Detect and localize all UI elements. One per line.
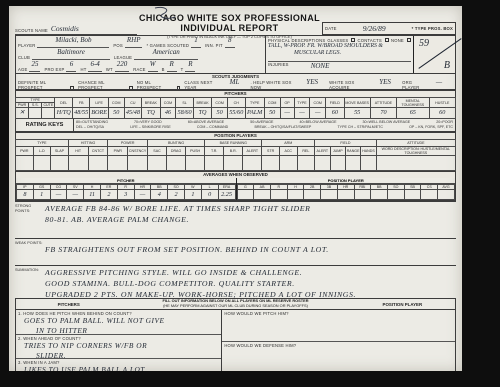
empty-cell	[205, 156, 224, 171]
subcol-header: RANGE	[345, 147, 360, 156]
contacts-checkbox	[385, 38, 389, 42]
type-pros-box-label: * TYPE PROS. BOX	[412, 26, 453, 31]
subcol-header: B.R.	[224, 147, 243, 156]
date-label: DATE	[325, 26, 337, 31]
inn-pit-value: 8	[228, 36, 232, 44]
how-pitch-him-question: HOW WOULD WE PITCH HIM?	[222, 310, 455, 341]
subcol-header: CNTCT	[88, 147, 108, 156]
group-header: TYPE	[16, 140, 69, 147]
group-header: FIELD	[315, 140, 377, 147]
col-header: FIELD	[326, 98, 344, 108]
class-next-year-label: CLASS NEXT YEAR	[184, 80, 221, 90]
empty-cell	[224, 156, 243, 171]
strong-points-text: AVERAGE FB 84-86 W/ BORE LIFE. AT TIMES …	[45, 203, 454, 214]
weak-points-text: FB STRAIGHTENS OUT FROM SET POSITION. BE…	[45, 244, 454, 255]
ahead-of-count-question: 2. WHEN AHEAD OF COUNT? TRIES TO NIP COR…	[16, 334, 221, 358]
how-defense-him-question: HOW WOULD WE DEFENSE HIM?	[222, 341, 455, 371]
white-sox-acquire-label: WHITE SOX ACQUIRE	[329, 80, 371, 90]
race-value: W	[150, 60, 156, 68]
strong-points-text: 80-81. AB. AVERAGE PALM CHANGE.	[45, 214, 454, 225]
abbrev-key: TYPE CH – STR/PALM/ETC	[337, 125, 382, 130]
grade-cell: 60	[326, 108, 344, 119]
type-pros-box: 59 B	[413, 36, 455, 73]
scouts-judgments-section: SCOUTS JUDGMENTS DEFINITE ML PROSPECT CH…	[15, 73, 456, 90]
col-header: OP	[280, 98, 294, 108]
grade-cell: H/TQ	[55, 108, 73, 119]
grade-cell: 50	[264, 108, 280, 119]
grade-cell: ✕	[16, 108, 29, 119]
grade-cell: —	[294, 108, 310, 119]
pitcher-questions-column: 1. HOW DOES HE PITCH WHEN BEHIND ON COUN…	[16, 310, 222, 371]
col-header: ATTITUDE	[370, 98, 396, 108]
empty-cell	[304, 190, 321, 200]
injuries-value: NONE	[311, 62, 330, 70]
summation-section: SUMMATION: AGGRESSIVE PITCHING STYLE. WI…	[15, 265, 456, 298]
empty-cell	[337, 190, 354, 200]
age-value: 25	[31, 60, 38, 68]
no-ml-prospect-label: NO ML PROSPECT	[137, 80, 173, 90]
col-header: MOVE BASES	[344, 98, 370, 108]
type-subcol: PWR	[16, 103, 29, 107]
grade-cell	[42, 108, 55, 119]
pitchers-table-title: PITCHERS	[15, 90, 456, 97]
empty-cell	[243, 156, 262, 171]
behind-on-count-question: 1. HOW DOES HE PITCH WHEN BEHIND ON COUN…	[16, 310, 221, 334]
empty-cell	[387, 190, 404, 200]
grade-cell: PALM	[245, 108, 264, 119]
empty-cell	[51, 156, 69, 171]
grade-cell: BORE	[90, 108, 108, 119]
stat-value: 2	[168, 190, 185, 200]
strong-points-label: STRONG POINTS:	[15, 203, 45, 236]
col-header: COM	[108, 98, 124, 108]
pros-box-top-value: 59	[419, 38, 429, 49]
strong-points-section: STRONG POINTS: AVERAGE FB 84-86 W/ BORE …	[15, 201, 456, 238]
empty-cell	[361, 156, 376, 171]
grade-cell: 46	[160, 108, 176, 119]
group-header: HITTING	[68, 140, 108, 147]
col-header: COM	[212, 98, 228, 108]
stat-value: —	[134, 190, 151, 200]
grade-cell: 55	[344, 108, 370, 119]
empty-cell	[16, 156, 34, 171]
empty-cell	[287, 190, 304, 200]
pitcher-averages: PITCHER IP GS CG SV H ER R HR BB SO W L …	[16, 178, 236, 200]
subcol-header: ACC	[279, 147, 297, 156]
averages-section: PITCHER IP GS CG SV H ER R HR BB SO W L …	[15, 178, 456, 201]
empty-cell	[186, 156, 205, 171]
pros-box-bottom-value: B	[444, 60, 450, 71]
org-player-value: —	[436, 78, 442, 86]
subcol-header: PUSH	[186, 147, 205, 156]
how-pitch-him-label: HOW WOULD WE PITCH HIM?	[224, 311, 453, 316]
type-subcol: CUTE	[42, 103, 54, 107]
abbrev-key: LIFE – SINK/BORE RISE	[130, 125, 171, 130]
subcol-header: SAC	[147, 147, 166, 156]
subcol-header: ALERT	[315, 147, 330, 156]
none-label: NONE	[391, 38, 404, 43]
group-header: ATTITUDE	[376, 140, 455, 147]
empty-cell	[345, 156, 360, 171]
definite-ml-prospect-label: DEFINITE ML PROSPECT	[18, 80, 66, 90]
org-player-label: ORG PLAYER	[402, 80, 428, 90]
position-player-questions-column: HOW WOULD WE PITCH HIM? HOW WOULD WE DEF…	[222, 310, 455, 371]
stat-value: 0	[201, 190, 218, 200]
summation-label: SUMMATION:	[15, 267, 45, 296]
grade-cell: 55/60	[228, 108, 246, 119]
age-label: AGE	[18, 67, 27, 72]
subcol-header: STR	[262, 147, 280, 156]
physical-descriptions-label: PHYSICAL DESCRIPTIONS	[268, 38, 325, 43]
averages-title: AVERAGES WHEN OBSERVED	[15, 171, 456, 178]
pro-exp-value: 6	[70, 60, 74, 68]
col-header: COM	[160, 98, 176, 108]
col-header: CU	[124, 98, 142, 108]
wt-label: WT	[106, 67, 113, 72]
col-header: COM	[310, 98, 326, 108]
pitchers-grade-table: TYPE PWR S.S. CUTE DEL FB LIFE COM CU BR…	[15, 97, 456, 119]
grade-cell: TQ	[142, 108, 160, 119]
subcol-header: JUMP	[330, 147, 345, 156]
empty-cell	[237, 190, 254, 200]
physical-description-text: TALL, W-PROP. FR. W/BROAD SHOULDERS & MU…	[268, 43, 411, 61]
grade-cell: —	[280, 108, 294, 119]
subcol-header: L-D	[33, 147, 51, 156]
empty-cell	[108, 156, 128, 171]
contacts-label: CONTACTS	[358, 38, 382, 43]
empty-cell	[68, 156, 88, 171]
empty-cell	[88, 156, 108, 171]
empty-cell	[321, 190, 338, 200]
pen-squiggle-mark	[151, 6, 181, 22]
grade-cell: 70	[370, 108, 396, 119]
col-header: SL	[176, 98, 194, 108]
chance-ml-prospect-label: CHANCE ML PROSPECT	[78, 80, 125, 90]
grade-cell: 45/48	[124, 108, 142, 119]
group-header: POWER	[108, 140, 148, 147]
subcol-header: PWR	[16, 147, 34, 156]
empty-cell	[297, 156, 315, 171]
subcol-header: WORD DESCRIPTION: HUSTLE/MENTAL TOUGHNES…	[376, 147, 455, 156]
bats-label: B	[162, 67, 165, 72]
empty-cell	[33, 156, 51, 171]
grade-cell: 65	[397, 108, 429, 119]
weak-points-label: WEAK POINTS:	[15, 240, 45, 263]
col-header: TYPE	[245, 98, 264, 108]
position-players-table: TYPE HITTING POWER BUNTING BASE RUNNING …	[15, 139, 456, 171]
stat-value: —	[50, 190, 67, 200]
empty-cell	[167, 156, 186, 171]
glasses-label: GLASSES	[327, 38, 348, 43]
empty-cell	[270, 190, 287, 200]
col-header: TYPE	[294, 98, 310, 108]
throws-label: T	[181, 67, 184, 72]
stat-value: 1	[33, 190, 50, 200]
player-bio-column: PLAYERMilacki, Bob POSRHP * GAMES SCOUTE…	[16, 36, 266, 73]
rr-position-player-header: POSITION PLAYER	[350, 302, 455, 307]
summation-text: GOOD STAMINA. BULL-DOG COMPETITOR. QUALI…	[45, 278, 454, 289]
glasses-checkbox	[351, 38, 355, 42]
abbrev-key: COM – COMMAND	[197, 125, 228, 130]
col-header: COM	[264, 98, 280, 108]
grade-cell: 58/60	[176, 108, 194, 119]
summation-text: AGGRESSIVE PITCHING STYLE. WILL GO INSID…	[45, 267, 454, 278]
group-header: BUNTING	[147, 140, 204, 147]
grade-cell: TQ	[193, 108, 211, 119]
grade-cell: 50	[108, 108, 124, 119]
col-header: BREAK	[142, 98, 160, 108]
stat-value: 4	[151, 190, 168, 200]
help-white-sox-now-value: YES	[306, 78, 318, 86]
ht-label: HT	[80, 67, 86, 72]
subcol-header: CNSTNCY	[128, 147, 148, 156]
empty-cell	[128, 156, 148, 171]
weak-points-section: WEAK POINTS: FB STRAIGHTENS OUT FROM SET…	[15, 238, 456, 265]
position-players-title: POSITION PLAYERS	[15, 132, 456, 139]
empty-cell	[404, 190, 421, 200]
bats-value: R	[170, 60, 174, 68]
none-checkbox	[407, 38, 411, 42]
col-header: CH	[228, 98, 246, 108]
group-header: ARM	[262, 140, 315, 147]
how-defense-him-label: HOW WOULD WE DEFENSE HIM?	[224, 343, 453, 348]
subcol-header: HIT	[68, 147, 88, 156]
wt-value: 220	[117, 60, 128, 68]
subcol-header: HANDS	[361, 147, 376, 156]
injuries-field: INJURIES NONE	[268, 61, 411, 72]
col-header: FB	[72, 98, 90, 108]
pro-exp-label: PRO EXP	[44, 67, 64, 72]
empty-cell	[330, 156, 345, 171]
grade-cell	[29, 108, 42, 119]
rr-pitchers-header: PITCHERS	[16, 302, 121, 307]
empty-cell	[371, 190, 388, 200]
position-player-averages: POSITION PLAYER G AB R H 2B 3B HR RBI BB…	[236, 178, 456, 200]
physical-description-column: PHYSICAL DESCRIPTIONS GLASSES CONTACTS N…	[266, 36, 413, 73]
subcol-header: PWR	[108, 147, 128, 156]
empty-cell	[376, 156, 455, 171]
rating-keys-label: RATING KEYS	[16, 119, 74, 131]
group-header: BASE RUNNING	[205, 140, 262, 147]
class-next-year-value: ML	[230, 78, 240, 86]
scouting-report-sheet: SCOUTS NAME Cosmidis CHICAGO WHITE SOX P…	[9, 6, 462, 371]
subcol-header: SLAP	[51, 147, 69, 156]
empty-cell	[254, 190, 271, 200]
empty-cell	[438, 190, 455, 200]
col-header: DEL	[55, 98, 73, 108]
white-sox-acquire-value: YES	[379, 78, 391, 86]
inn-pit-label: INN. PIT	[205, 43, 223, 48]
date-value: 9/26/89	[340, 25, 409, 33]
empty-cell	[315, 156, 330, 171]
subcol-header: T.R.	[205, 147, 224, 156]
ht-value: 6-4	[90, 60, 99, 68]
stat-value: 2.25	[218, 190, 235, 200]
grade-cell: 48/55	[72, 108, 90, 119]
abbrev-key: BREAK – OH/TQ/SA/FLAT/SWEEP	[254, 125, 311, 130]
player-info-box: PLAYERMilacki, Bob POSRHP * GAMES SCOUTE…	[15, 35, 456, 73]
empty-cell	[262, 156, 280, 171]
abbrev-key: OP – KN, FORK, SPF, ETC	[409, 125, 453, 130]
empty-cell	[354, 190, 371, 200]
race-label: RACE	[133, 67, 145, 72]
empty-cell	[421, 190, 438, 200]
abbrev-key: DEL – OH/TQ/SA	[76, 125, 104, 130]
grade-cell: —	[310, 108, 326, 119]
pitchers-type-header: TYPE PWR S.S. CUTE	[16, 98, 55, 108]
stat-value: 3	[117, 190, 134, 200]
injuries-label: INJURIES	[268, 62, 289, 67]
grade-cell: 50	[212, 108, 228, 119]
stat-value: 1	[184, 190, 201, 200]
empty-cell	[279, 156, 297, 171]
stat-value: 8	[17, 190, 34, 200]
stat-value: 11	[84, 190, 101, 200]
grade-cell: 60	[429, 108, 455, 119]
help-white-sox-now-label: . HELP WHITE SOX NOW	[251, 80, 299, 90]
col-header: HUSTLE	[429, 98, 455, 108]
empty-cell	[147, 156, 166, 171]
throws-value: R	[188, 60, 192, 68]
subcol-header: DRAG	[167, 147, 186, 156]
subcol-header: REL	[297, 147, 315, 156]
questions-section: 1. HOW DOES HE PITCH WHEN BEHIND ON COUN…	[15, 310, 456, 371]
col-header: MENTAL TOUGHNESS	[397, 98, 429, 108]
type-subcol: S.S.	[29, 103, 42, 107]
stat-value: 2	[100, 190, 117, 200]
rr-instruction-line2: (HE MAY PERFORM AGAINST OUR ML CLUB DURI…	[121, 304, 349, 309]
subcol-header: ALERT	[243, 147, 262, 156]
rating-keys-section: RATING KEYS 80=OUTSTANDING 70=VERY GOOD …	[15, 119, 456, 132]
in-a-jam-question: 3. WHEN IN A JAM? LIKES TO USE PALM BALL…	[16, 358, 221, 371]
date-box: DATE 9/26/89 * TYPE PROS. BOX	[322, 22, 456, 35]
col-header: LIFE	[90, 98, 108, 108]
col-header: BREAK	[193, 98, 211, 108]
stat-value: —	[67, 190, 84, 200]
